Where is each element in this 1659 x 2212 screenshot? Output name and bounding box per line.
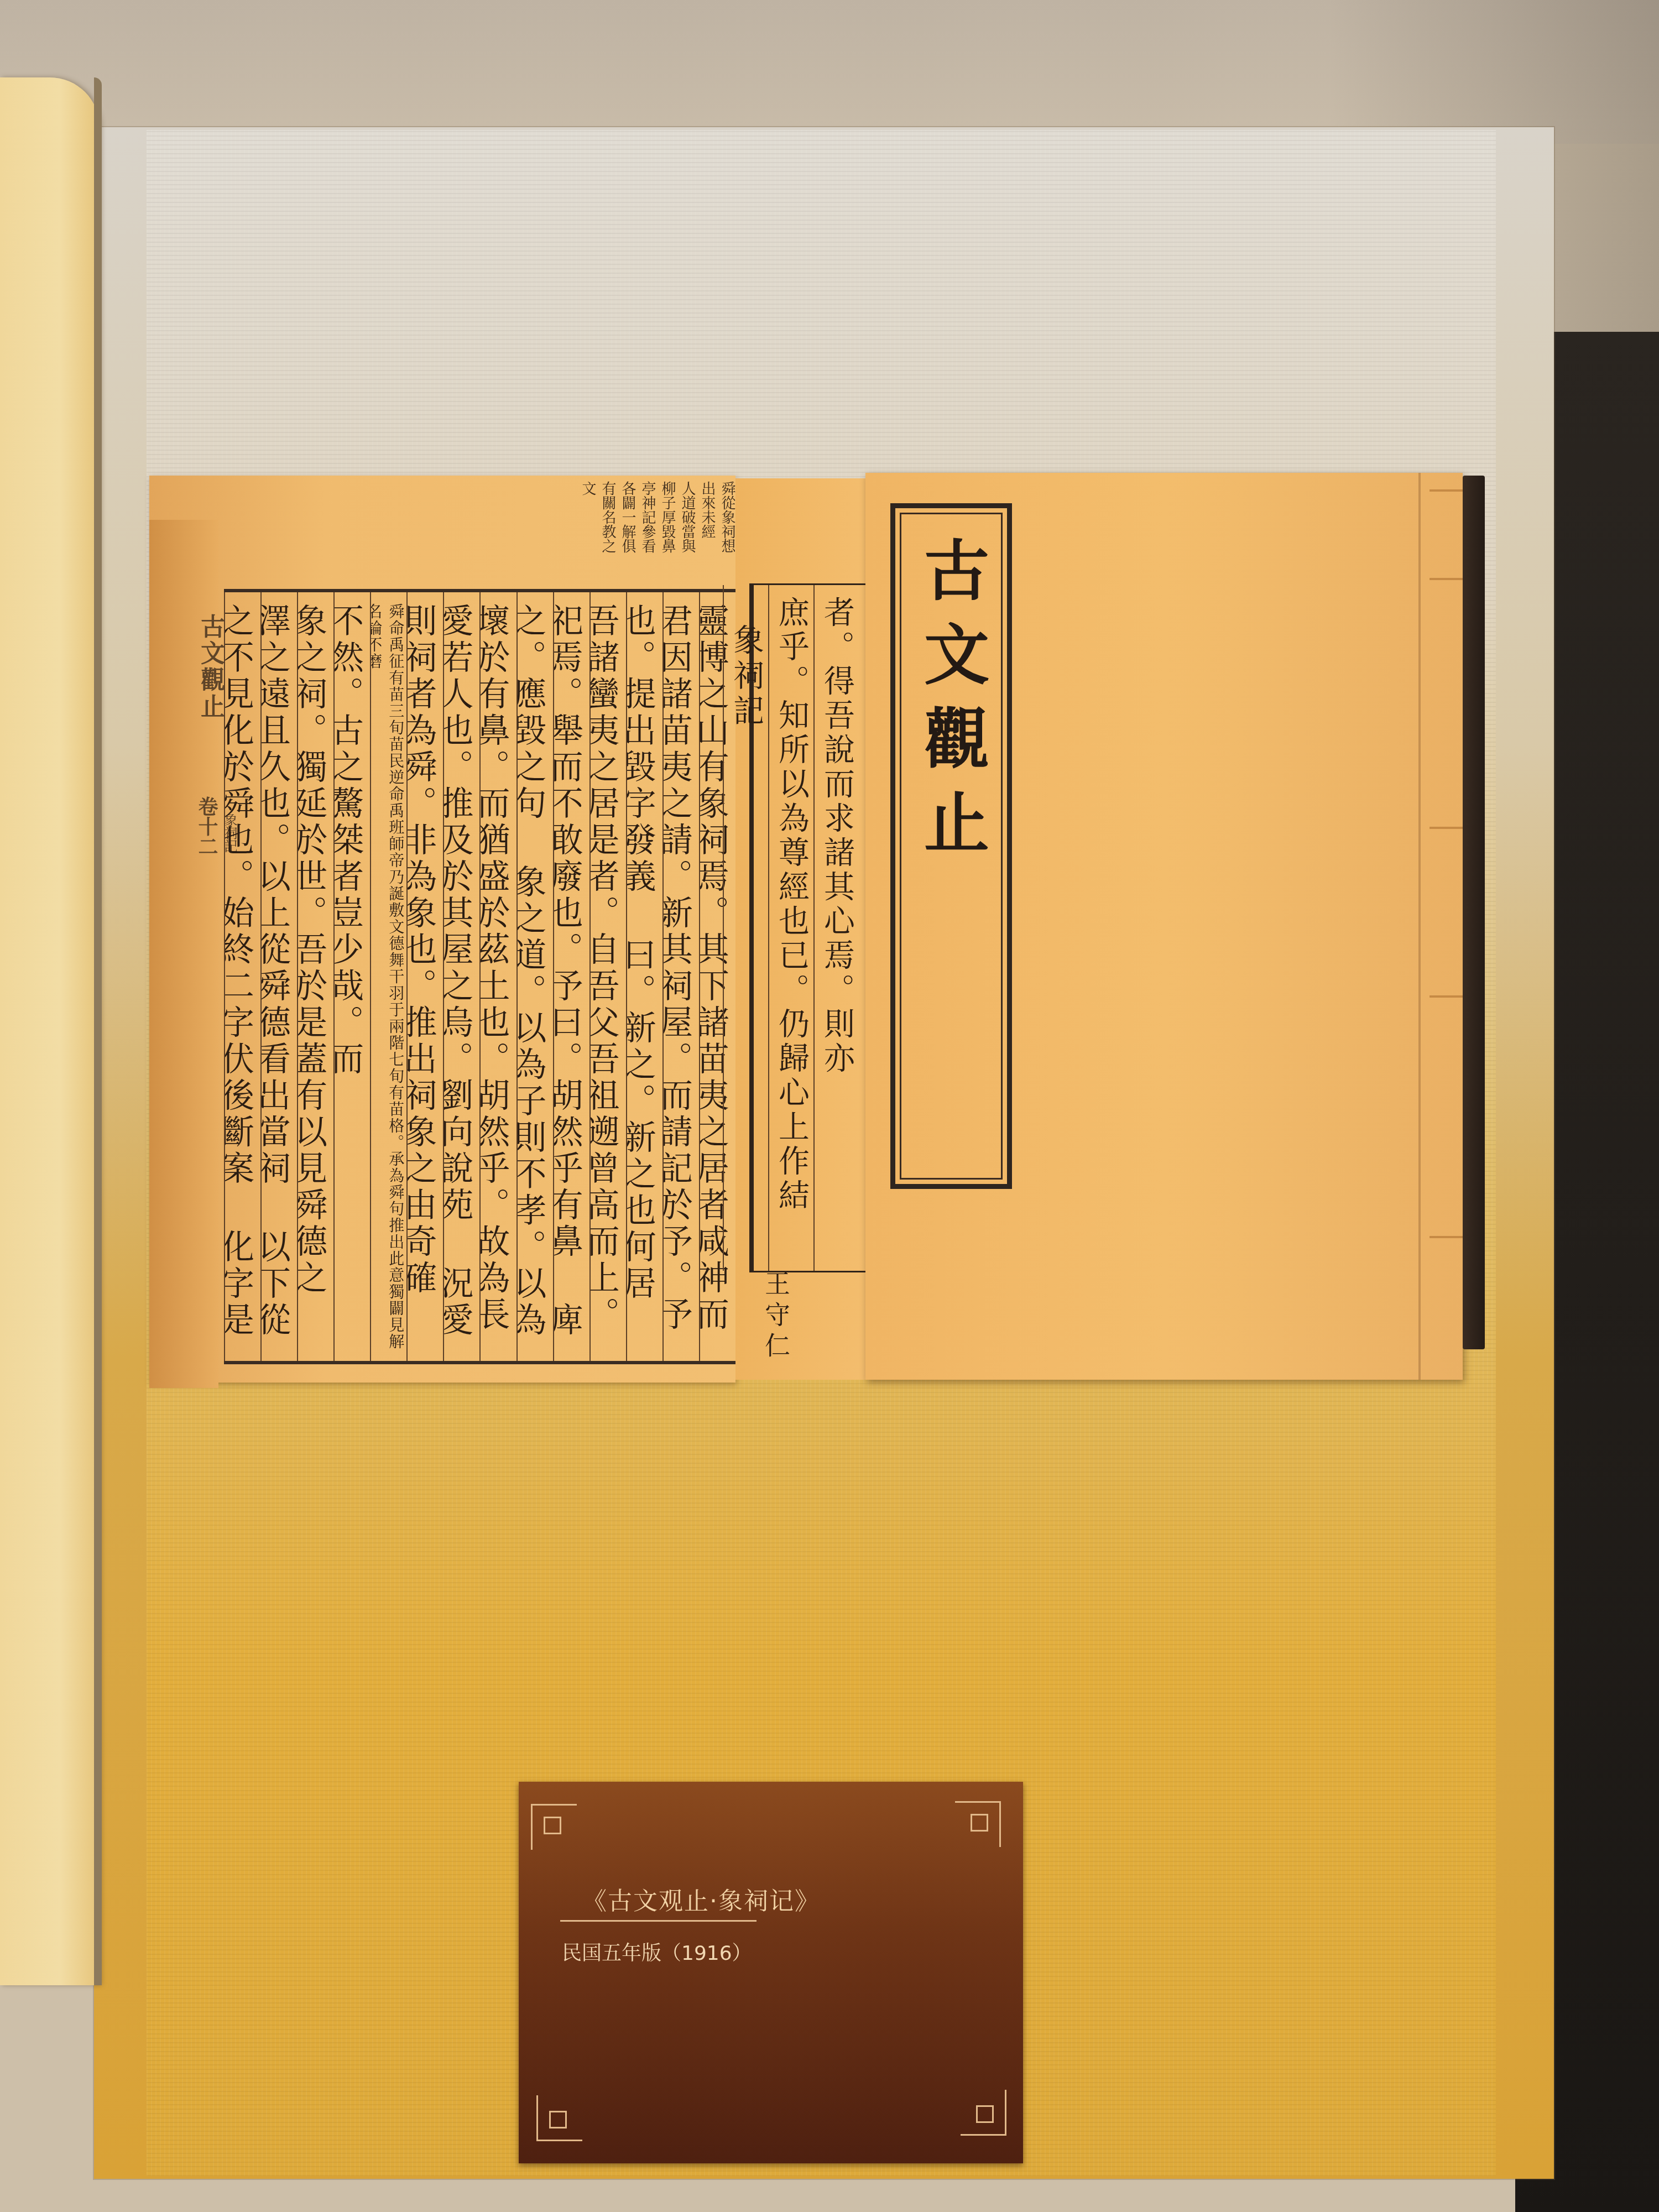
- exhibit-label: 《古文观止·象祠记》 民国五年版（1916）: [519, 1782, 1023, 2163]
- text-column: 吾諸蠻夷之居是者。自吾父吾祖遡曾高而上。皆尊奉而禋因: [589, 592, 626, 1361]
- text-column: 之。應毀之句 象之道。以為子則不孝。以為弟則傲。斥於唐。而猶存於今: [517, 592, 553, 1361]
- fret-ornament-icon: [531, 1804, 577, 1850]
- text-column: 祀焉。舉而不敢廢也。予曰。胡然乎有鼻 庳 之祀。唐之人蓋嘗毀: [553, 592, 589, 1361]
- fret-ornament-icon: [955, 1801, 1001, 1847]
- label-divider: [560, 1920, 757, 1922]
- book-spine: [1463, 476, 1485, 1349]
- header-note: 文: [580, 481, 596, 581]
- text-column: 愛若人也。推及於其屋之烏。劉向說苑 況愛其人者兼愛屋上之烏 而況於聖人之弟乎哉。…: [443, 592, 479, 1361]
- header-note: 有關名教之: [599, 481, 616, 581]
- header-note: 舜從象祠想: [719, 481, 735, 581]
- binding-stitch: [1430, 995, 1463, 998]
- text-column: 則祠者為舜。非為象也。推出祠象之由奇確 意象之死。其在干羽既格之後乎。: [406, 592, 443, 1361]
- header-note: 出來未經: [699, 481, 716, 581]
- binding-stitch: [1430, 1236, 1463, 1238]
- header-note: 人道破當與: [679, 481, 696, 581]
- text-column: 澤之遠且久也。以上從舜德看出當祠 以下從象化看出當祠 象之不仁。蓋其始焉耳。又烏…: [260, 592, 297, 1361]
- header-annotations: 舜從象祠想 出來未經 人道破當與 柳子厚毀鼻 亭神記參看 各闢一解俱 有關名教之…: [592, 476, 735, 581]
- main-text-block: 靈博之山有象祠焉。其下諸苗夷之居者咸神而祠之。宣慰安 君因諸苗夷之請。新其祠屋。…: [224, 589, 735, 1364]
- cover-title-frame: 古文觀止: [900, 513, 1003, 1180]
- spine-title: 古文觀止: [200, 614, 222, 720]
- label-edition: 民国五年版（1916）: [562, 1938, 752, 1966]
- header-note: 柳子厚毀鼻: [659, 481, 676, 581]
- text-column: 之不見化於舜也。始終二字伏後斷案 化字是立論本旨 書不云乎。克諧以孝。烝烝乂。不…: [224, 592, 260, 1361]
- author-name: 王守仁: [758, 1270, 794, 1363]
- text-column: 壞於有鼻。而猶盛於茲土也。胡然乎。故為長詞跌起自己一段議論 我知之矣。君子之: [479, 592, 516, 1361]
- adjacent-book-page: [0, 77, 100, 1985]
- book-cover: 古文觀止: [865, 473, 1463, 1380]
- binding-line: [1418, 473, 1421, 1380]
- text-column: 庶乎。知所以為尊經也已。仍歸心上作結: [768, 585, 813, 1271]
- header-note: 亭神記參看: [639, 481, 656, 581]
- adjacent-book-edge: [94, 77, 102, 1985]
- fret-ornament-icon: [961, 2090, 1006, 2136]
- spine-volume: 卷十二: [199, 796, 221, 856]
- header-note: 各闢一解俱: [619, 481, 636, 581]
- text-column: 君因諸苗夷之請。新其祠屋。而請記於予。予曰。毀之乎其新之: [662, 592, 699, 1361]
- text-column: 也。提出毀字發義 曰。新之。新之也何居乎。波折 曰。斯祠之肇也。蓋莫知其原。然: [626, 592, 662, 1361]
- fret-ornament-icon: [536, 2095, 582, 2141]
- label-title: 《古文观止·象祠记》: [582, 1881, 820, 1917]
- article-title-column: 象祠記: [723, 585, 768, 1271]
- text-column: 象之祠。獨延於世。吾於是蓋有以見舜德之至。入人之深。而流: [297, 592, 333, 1361]
- binding-stitch: [1430, 489, 1463, 492]
- binding-stitch: [1430, 578, 1463, 580]
- cover-title-slip: 古文觀止: [890, 503, 1012, 1189]
- open-book-left-page: 古文觀止 卷十二 象祠記 舜從象祠想 出來未經 人道破當與 柳子厚毀鼻 亭神記參…: [149, 476, 735, 1383]
- commentary-column: 舜命禹征有苗三旬苗民逆命禹班師帝乃誕敷文德舞干羽于兩階七旬有苗格。承為舜句推出此…: [370, 592, 406, 1361]
- text-column: 不然。古之驁桀者豈少哉。而: [333, 592, 370, 1361]
- page-fold: 古文觀止 卷十二 象祠記: [149, 520, 218, 1388]
- cover-title: 古文觀止: [904, 514, 998, 1178]
- binding-stitch: [1430, 827, 1463, 829]
- article-title: 象祠記: [728, 596, 764, 730]
